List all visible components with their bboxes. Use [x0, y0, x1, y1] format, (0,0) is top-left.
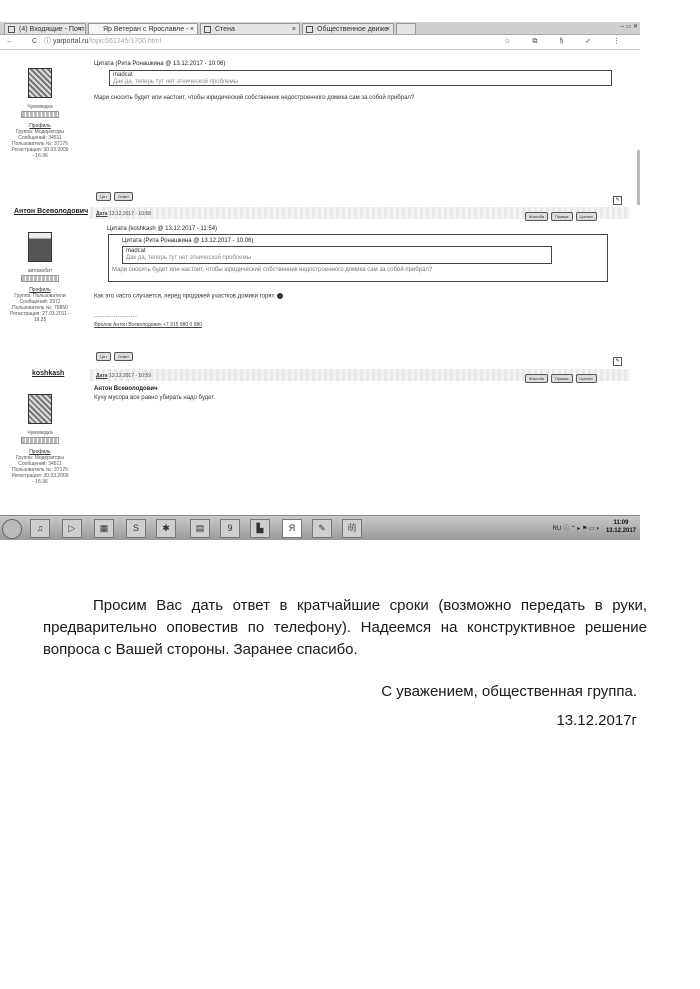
rating-stars: [21, 437, 59, 444]
quote-text: Дак да, теперь тут нет этнической пробле…: [113, 79, 608, 86]
smiley-icon: [277, 293, 283, 299]
letter-date: 13.12.2017г: [556, 712, 637, 729]
taskbar-icon-player[interactable]: ▷: [62, 519, 82, 538]
post-action-buttons: Жалоба Правка Цитата: [525, 212, 597, 221]
rating-stars: [21, 111, 59, 118]
post-text: Мари сносить будет или настоит, чтобы юр…: [94, 95, 414, 101]
new-tab-button[interactable]: [396, 23, 416, 34]
scrollbar[interactable]: [637, 150, 640, 205]
user-rank: Чумоведка: [10, 430, 70, 436]
taskbar-icon-skype[interactable]: S: [126, 519, 146, 538]
quote-button[interactable]: Цит: [96, 192, 111, 201]
tab-label: Общественное движе: [317, 26, 388, 33]
post-date: Дата 13.12.2017 - 10:59: [96, 373, 151, 379]
quote-author: madcat: [113, 72, 608, 79]
tab-movement[interactable]: Общественное движе ×: [302, 23, 394, 34]
report-button[interactable]: Жалоба: [525, 212, 548, 221]
quote-text: Мари сносить будет или настоит, чтобы юр…: [112, 264, 604, 274]
user-panel-2: автомобит Профиль Группа: Пользователи С…: [10, 232, 70, 323]
taskbar-icon-paint[interactable]: ✱: [156, 519, 176, 538]
vk-icon: [306, 26, 313, 33]
taskbar-icon-media[interactable]: ♫: [30, 519, 50, 538]
avatar: [28, 394, 52, 424]
vk-icon: [204, 26, 211, 33]
taskbar-icon-video[interactable]: ▦: [94, 519, 114, 538]
clock[interactable]: 11:09 13.12.2017: [606, 519, 636, 535]
post-author[interactable]: Антон Всеволодович: [14, 208, 88, 215]
system-tray[interactable]: RU ⓘ ⌃ ▸ ⚑ ▭ ◐: [553, 523, 600, 532]
taskbar-icon-tool[interactable]: ✎: [312, 519, 332, 538]
post-buttons: Цит Ответ: [96, 352, 133, 361]
taskbar-icon-excel[interactable]: ▤: [190, 519, 210, 538]
quote-box: madcat Дак да, теперь тут нет этнической…: [109, 70, 612, 86]
date-label: Дата: [96, 211, 108, 217]
quote-text: Дак да, теперь тут нет этнической пробле…: [126, 255, 548, 262]
date-value: 13.12.2017 - 10:58: [109, 211, 151, 217]
post-text: Как это часто случается, перед продажей …: [94, 293, 283, 300]
signature-separator: --------------------: [94, 314, 137, 320]
user-panel-3: Чумоведка Профиль Группа: Модераторы Соо…: [10, 394, 70, 485]
clock-time: 11:09: [606, 519, 636, 527]
tab-label: (4) Входящие - Почта Ма: [19, 26, 86, 33]
signature[interactable]: Фролов Антон Всеволодович +7 915 980 0 9…: [94, 322, 202, 328]
letter-signoff: С уважением, общественная группа.: [381, 683, 637, 700]
rating-stars: [21, 275, 59, 282]
browser-toolbar-icons[interactable]: ☆ ⧉ § ✓ ⋮: [504, 35, 630, 49]
tab-label: Яр Ветеран с Ярославле -: [103, 26, 188, 33]
inner-quote-title: Цитата (Рита Ронашкина @ 13.12.2017 - 10…: [112, 236, 604, 246]
back-arrow-icon[interactable]: ←: [6, 35, 13, 49]
edit-icon[interactable]: ✎: [613, 196, 622, 205]
reply-to-bold: Антон Всеволодович: [94, 386, 158, 392]
browser-tab-bar: (4) Входящие - Почта Ма × Яр Ветеран с Я…: [0, 22, 640, 35]
reply-button[interactable]: Ответ: [114, 192, 133, 201]
post-date: Дата 13.12.2017 - 10:58: [96, 211, 151, 217]
start-button[interactable]: [2, 519, 22, 539]
letter-paragraph: Просим Вас дать ответ в кратчайшие сроки…: [43, 595, 647, 661]
tab-wall[interactable]: Стена ×: [200, 23, 300, 34]
taskbar-icon-app[interactable]: ▙: [250, 519, 270, 538]
url-domain: yarportal.ru: [53, 38, 88, 45]
report-button[interactable]: Жалоба: [525, 374, 548, 383]
inner-quote-box: madcat Дак да, теперь тут нет этнической…: [122, 246, 552, 264]
close-tab-icon[interactable]: ×: [78, 24, 82, 34]
quote-button[interactable]: Цит: [96, 352, 111, 361]
embedded-screenshot: (4) Входящие - Почта Ма × Яр Ветеран с Я…: [0, 0, 640, 540]
reply-button[interactable]: Ответ: [114, 352, 133, 361]
windows-taskbar: ♫ ▷ ▦ S ✱ ▤ 9 ▙ Я ✎ 萌 RU ⓘ ⌃ ▸ ⚑ ▭ ◐ 11:…: [0, 515, 640, 540]
edit-button[interactable]: Правка: [551, 212, 573, 221]
close-tab-icon[interactable]: ×: [386, 24, 390, 34]
user-registration: Регистрация: 27.03.2011 - 19:25: [10, 311, 70, 323]
tab-label: Стена: [215, 26, 235, 33]
quote-author: madcat: [126, 248, 548, 255]
taskbar-icon-chrome[interactable]: 9: [220, 519, 240, 538]
taskbar-icon-chinese[interactable]: 萌: [342, 519, 362, 538]
clock-date: 13.12.2017: [606, 527, 636, 535]
reply-to-name: Антон Всеволодович: [94, 386, 158, 392]
quote-title: Цитата (koshkash @ 13.12.2017 - 11:54): [107, 226, 217, 232]
mail-icon: [8, 26, 15, 33]
window-controls[interactable]: – ▭ ✕: [621, 23, 638, 30]
post-buttons: Цит Ответ: [96, 192, 133, 201]
date-value: 13.12.2017 - 10:59: [109, 373, 151, 379]
close-tab-icon[interactable]: ×: [190, 24, 194, 34]
quote-title: Цитата (Рита Ронашкина @ 13.12.2017 - 10…: [94, 61, 225, 67]
outer-quote-box: Цитата (Рита Ронашкина @ 13.12.2017 - 10…: [108, 234, 608, 282]
post-action-buttons: Жалоба Правка Цитата: [525, 374, 597, 383]
post-body: Как это часто случается, перед продажей …: [94, 294, 275, 300]
user-registration: Регистрация: 30.03.2009 - 16:36: [10, 147, 70, 159]
tab-forum[interactable]: Яр Ветеран с Ярославле - ×: [88, 23, 198, 34]
address-bar: ← C ⓘ yarportal.ru/topic661245/1700.html…: [0, 35, 640, 50]
url-field[interactable]: ⓘ yarportal.ru/topic661245/1700.html: [44, 35, 161, 49]
user-registration: Регистрация: 30.03.2009 - 16:36: [10, 473, 70, 485]
user-rank: Чумоведка: [10, 104, 70, 110]
user-rank: автомобит: [10, 268, 70, 274]
avatar: [28, 232, 52, 262]
edit-icon[interactable]: ✎: [613, 357, 622, 366]
reload-icon[interactable]: C: [32, 35, 37, 49]
avatar: [28, 68, 52, 98]
url-path: /topic661245/1700.html: [88, 38, 161, 45]
post-text: Кучу мусора все равно убирать надо будет…: [94, 395, 215, 401]
quote-button[interactable]: Цитата: [576, 374, 597, 383]
user-panel-1: Чумоведка Профиль Группа: Модераторы Соо…: [10, 68, 70, 159]
taskbar-icon-yandex[interactable]: Я: [282, 519, 302, 538]
close-tab-icon[interactable]: ×: [292, 24, 296, 34]
post-author[interactable]: koshkash: [32, 370, 64, 377]
date-label: Дата: [96, 373, 108, 379]
quote-button[interactable]: Цитата: [576, 212, 597, 221]
tab-mail[interactable]: (4) Входящие - Почта Ма ×: [4, 23, 86, 34]
edit-button[interactable]: Правка: [551, 374, 573, 383]
